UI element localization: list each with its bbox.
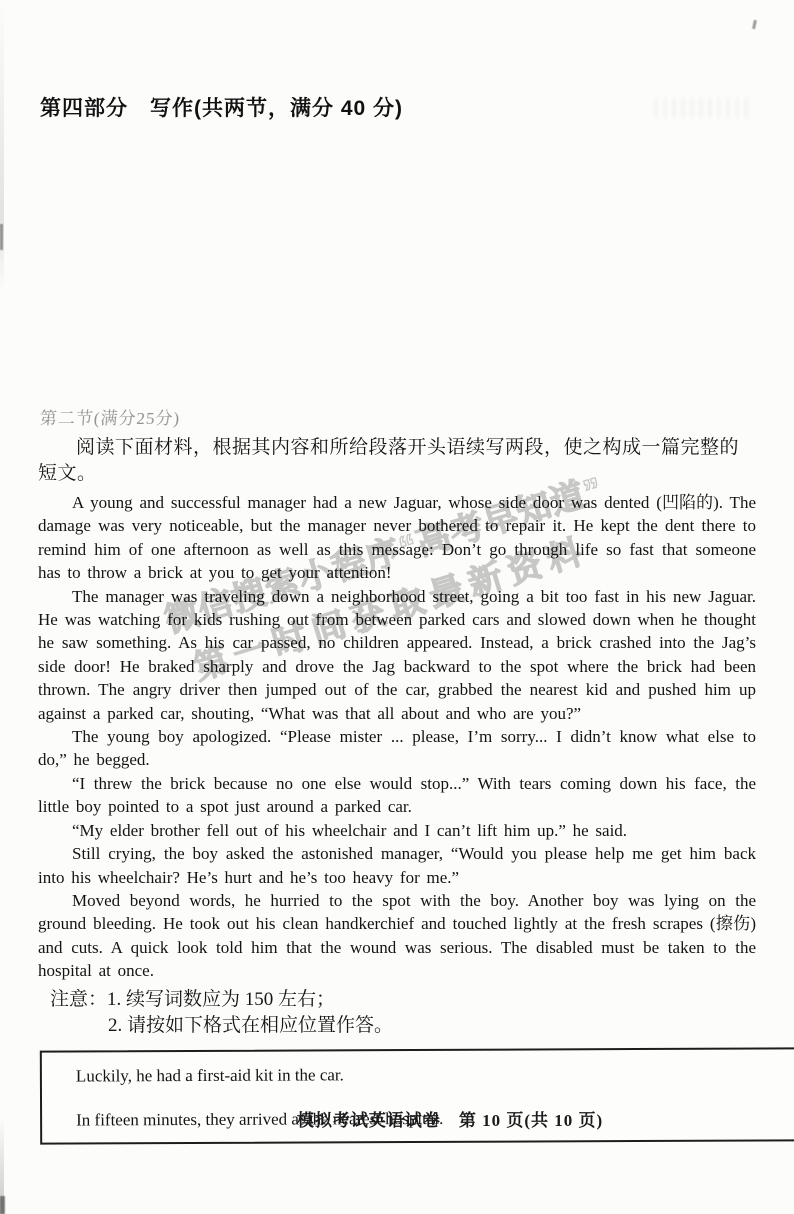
- passage-paragraph: “I threw the brick because no one else w…: [38, 772, 756, 819]
- writing-task-section: 第二节(满分25分) 阅读下面材料，根据其内容和所给段落开头语续写两段，使之构成…: [38, 404, 756, 1143]
- reading-passage: A young and successful manager had a new…: [38, 491, 756, 983]
- answer-opening-line-1: Luckily, he had a first-aid kit in the c…: [76, 1063, 788, 1086]
- passage-paragraph: Still crying, the boy asked the astonish…: [38, 842, 756, 889]
- section-part-title: 第四部分 写作(共两节，满分 40 分): [40, 92, 403, 122]
- notes-block: 注意：1. 续写词数应为 150 左右； 2. 请按如下格式在相应位置作答。: [38, 987, 756, 1039]
- subsection-heading: 第二节(满分25分): [39, 404, 757, 429]
- scan-speck: [752, 20, 757, 29]
- passage-paragraph: “My elder brother fell out of his wheelc…: [38, 819, 756, 842]
- task-instruction: 阅读下面材料，根据其内容和所给段落开头语续写两段，使之构成一篇完整的短文。: [38, 435, 756, 487]
- passage-paragraph: The young boy apologized. “Please mister…: [38, 725, 756, 772]
- scan-corner-mark: [0, 1196, 5, 1214]
- passage-paragraph: Moved beyond words, he hurried to the sp…: [38, 889, 756, 983]
- scan-edge-mark: [0, 224, 3, 250]
- page-footer: 模拟考试英语试卷 第 10 页(共 10 页): [53, 1106, 794, 1131]
- note-item-1: 注意：1. 续写词数应为 150 左右；: [50, 987, 756, 1013]
- note-item-2: 2. 请按如下格式在相应位置作答。: [108, 1013, 756, 1039]
- exam-page: 第四部分 写作(共两节，满分 40 分) 微信搜索小程序“高考早知道” 第一时间…: [0, 0, 794, 1214]
- passage-paragraph: A young and successful manager had a new…: [38, 491, 756, 585]
- passage-paragraph: The manager was traveling down a neighbo…: [38, 585, 756, 725]
- scan-smudge: [655, 98, 750, 118]
